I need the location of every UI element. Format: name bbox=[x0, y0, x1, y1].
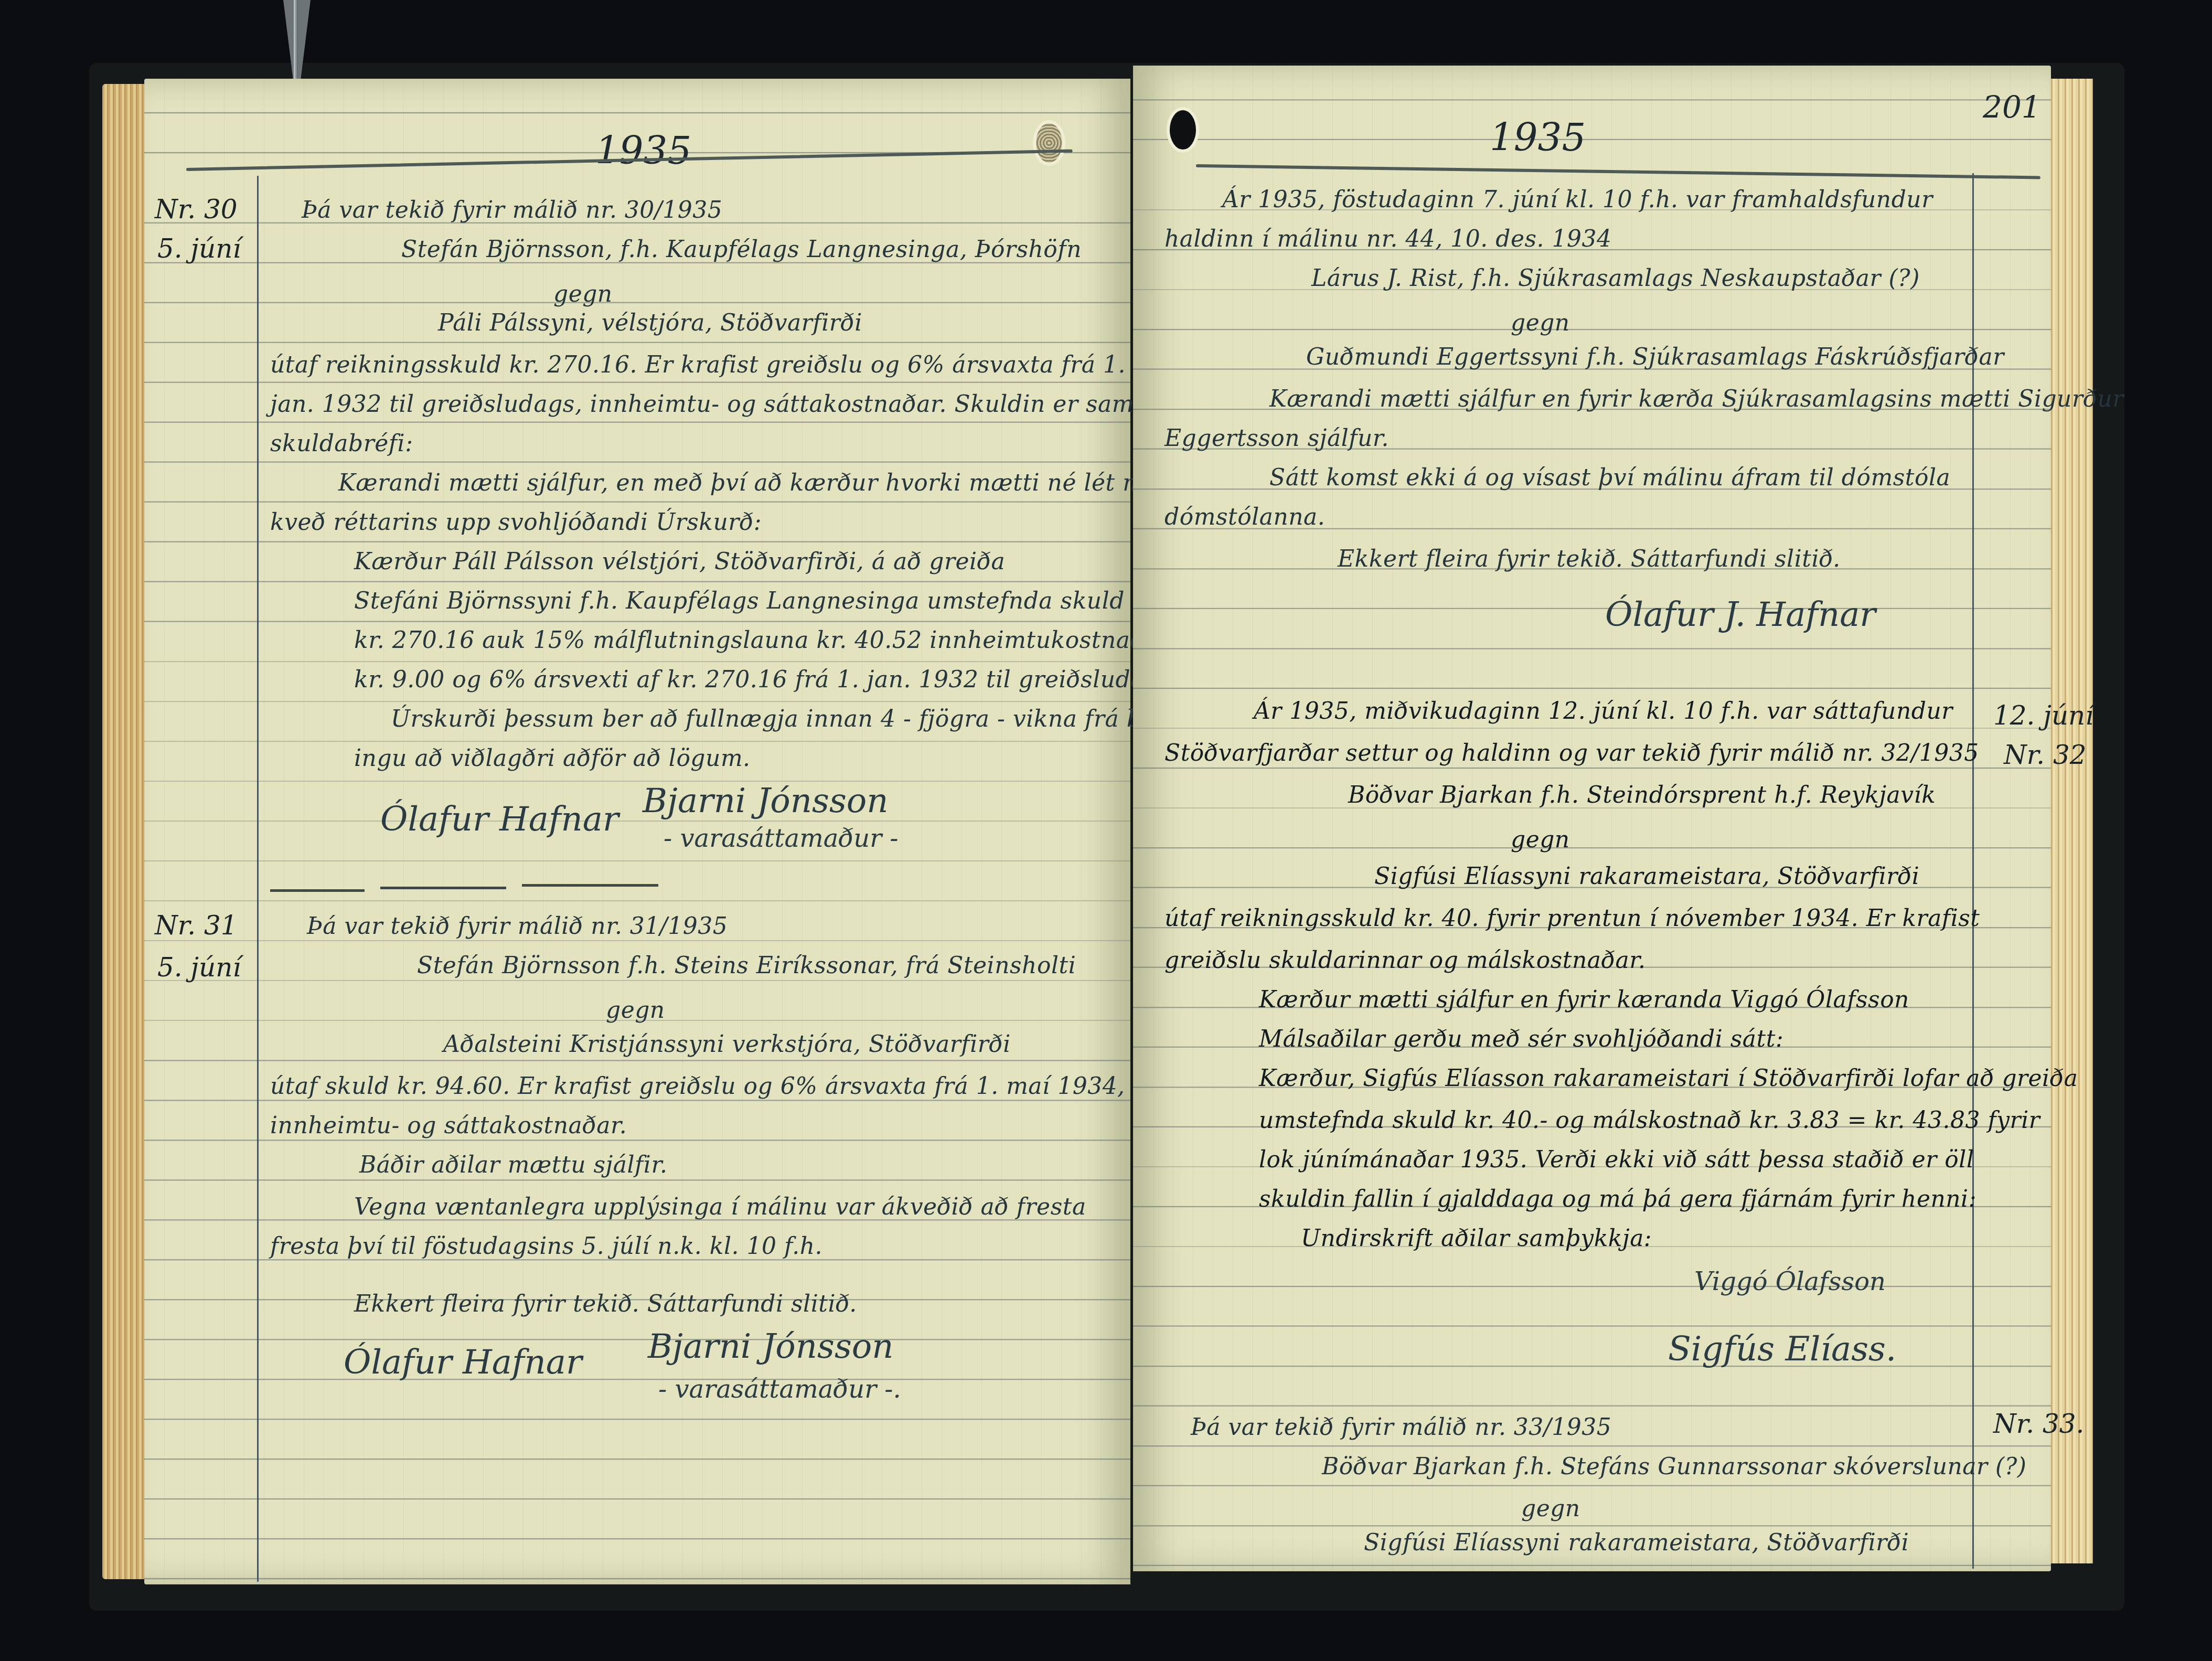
entry-line: Lárus J. Rist, f.h. Sjúkrasamlags Neskau… bbox=[1311, 265, 1920, 292]
entry-line: skuldabréfi: bbox=[270, 430, 413, 457]
entry-line: ingu að viðlagðri aðför að lögum. bbox=[354, 745, 751, 772]
entry-line: dómstólanna. bbox=[1164, 504, 1325, 530]
entry-line: Eggertsson sjálfur. bbox=[1164, 425, 1389, 452]
entry-line: Kærður, Sigfús Elíasson rakarameistari í… bbox=[1259, 1065, 2078, 1092]
entry-line: útaf reikningsskuld kr. 40. fyrir prentu… bbox=[1164, 905, 1980, 932]
case-number: Nr. 30 bbox=[155, 194, 238, 225]
entry-line: Þá var tekið fyrir málið nr. 33/1935 bbox=[1191, 1414, 1611, 1441]
year-header: 1935 bbox=[1490, 115, 1586, 159]
entry-line: gegn bbox=[553, 281, 613, 307]
entry-line: gegn bbox=[1511, 826, 1570, 853]
margin-column-line bbox=[1972, 173, 1974, 1569]
entry-line: Kærður Páll Pálsson vélstjóri, Stöðvarfi… bbox=[354, 548, 1005, 575]
entry-line: Kærandi mætti sjálfur, en með því að kær… bbox=[338, 470, 1190, 496]
signature-deputy-title: - varasáttamaður -. bbox=[658, 1375, 901, 1404]
margin-column-line bbox=[257, 176, 259, 1582]
entry-line: Ár 1935, föstudaginn 7. júní kl. 10 f.h.… bbox=[1222, 186, 1933, 213]
signature-deputy: Bjarni Jónsson bbox=[648, 1327, 894, 1366]
entry-line: Stefán Björnsson, f.h. Kaupfélags Langne… bbox=[401, 236, 1082, 263]
signature-representative: Viggó Ólafsson bbox=[1694, 1267, 1886, 1296]
entry-line: Böðvar Bjarkan f.h. Stefáns Gunnarssonar… bbox=[1322, 1453, 2027, 1480]
entry-separator bbox=[522, 884, 658, 887]
entry-line: Undirskrift aðilar samþykkja: bbox=[1301, 1225, 1652, 1252]
entry-line: innheimtu- og sáttakostnaðar. bbox=[270, 1112, 627, 1139]
signature-deputy-title: - varasáttamaður - bbox=[664, 824, 899, 853]
signature-defendant: Sigfús Elíass. bbox=[1668, 1330, 1896, 1369]
entry-line: Sátt komst ekki á og vísast því málinu á… bbox=[1269, 464, 1950, 491]
case-date: 5. júní bbox=[157, 952, 241, 983]
entry-line: gegn bbox=[606, 997, 665, 1024]
entry-line: Ár 1935, miðvikudaginn 12. júní kl. 10 f… bbox=[1254, 698, 1953, 725]
right-page: 1935 201 Ár 1935, föstudaginn 7. júní kl… bbox=[1133, 66, 2051, 1571]
entry-line: umstefnda skuld kr. 40.- og málskostnað … bbox=[1259, 1107, 2040, 1134]
entry-line: Páli Pálssyni, vélstjóra, Stöðvarfirði bbox=[438, 310, 862, 336]
entry-line: kveð réttarins upp svohljóðandi Úrskurð: bbox=[270, 509, 762, 536]
year-header: 1935 bbox=[595, 129, 691, 173]
entry-line: Sigfúsi Elíassyni rakarameistara, Stöðva… bbox=[1374, 863, 1919, 890]
ruled-lines bbox=[144, 79, 1130, 1584]
entry-line: Böðvar Bjarkan f.h. Steindórsprent h.f. … bbox=[1348, 782, 1936, 808]
entry-line: jan. 1932 til greiðsludags, innheimtu- o… bbox=[270, 391, 1167, 418]
entry-line: greiðslu skuldarinnar og málskostnaðar. bbox=[1164, 947, 1646, 974]
entry-separator bbox=[380, 887, 506, 889]
right-page-edges bbox=[2048, 79, 2093, 1563]
closing-line: Ekkert fleira fyrir tekið. Sáttarfundi s… bbox=[1338, 546, 1841, 572]
entry-line: Úrskurði þessum ber að fullnægja innan 4… bbox=[391, 706, 1178, 732]
case-date: 12. júní bbox=[1993, 700, 2093, 731]
entry-line: gegn bbox=[1521, 1495, 1580, 1522]
page-number: 201 bbox=[1983, 89, 2041, 125]
entry-line: Vegna væntanlegra upplýsinga í málinu va… bbox=[354, 1194, 1086, 1220]
entry-line: Málsaðilar gerðu með sér svohljóðandi sá… bbox=[1259, 1026, 1783, 1052]
entry-line: Kærður mætti sjálfur en fyrir kæranda Vi… bbox=[1259, 986, 1909, 1013]
entry-line: Stöðvarfjarðar settur og haldinn og var … bbox=[1164, 740, 1979, 766]
signature-deputy: Bjarni Jónsson bbox=[643, 782, 889, 821]
case-date: 5. júní bbox=[157, 233, 241, 264]
case-number: Nr. 32 bbox=[2004, 740, 2087, 770]
entry-line: kr. 9.00 og 6% ársvexti af kr. 270.16 fr… bbox=[354, 666, 1179, 693]
case-number: Nr. 33. bbox=[1993, 1409, 2084, 1439]
entry-line: gegn bbox=[1511, 310, 1570, 336]
punch-hole bbox=[1170, 110, 1196, 150]
signature-judge: Ólafur Hafnar bbox=[344, 1343, 582, 1382]
closing-line: Ekkert fleira fyrir tekið. Sáttarfundi s… bbox=[354, 1291, 857, 1317]
entry-line: Þá var tekið fyrir málið nr. 30/1935 bbox=[302, 197, 722, 223]
entry-line: kr. 270.16 auk 15% málflutningslauna kr.… bbox=[354, 627, 1145, 654]
entry-line: Þá var tekið fyrir málið nr. 31/1935 bbox=[307, 913, 728, 940]
entry-line: Kærandi mætti sjálfur en fyrir kærða Sjú… bbox=[1269, 386, 2124, 412]
entry-line: Sigfúsi Elíassyni rakarameistara, Stöðva… bbox=[1364, 1529, 1909, 1556]
entry-line: útaf skuld kr. 94.60. Er krafist greiðsl… bbox=[270, 1073, 1125, 1100]
signature-judge: Ólafur Hafnar bbox=[380, 800, 619, 839]
entry-line: fresta því til föstudagsins 5. júlí n.k.… bbox=[270, 1233, 822, 1260]
entry-line: skuldin fallin í gjalddaga og má þá gera… bbox=[1259, 1186, 1976, 1212]
entry-line: Guðmundi Eggertssyni f.h. Sjúkrasamlags … bbox=[1306, 344, 2004, 370]
entry-line: lok júnímánaðar 1935. Verði ekki við sát… bbox=[1259, 1146, 1974, 1173]
signature-judge: Ólafur J. Hafnar bbox=[1605, 595, 1876, 634]
entry-line: Aðalsteini Kristjánssyni verkstjóra, Stö… bbox=[443, 1031, 1011, 1058]
entry-line: Stefáni Björnssyni f.h. Kaupfélags Langn… bbox=[354, 588, 1125, 614]
punch-hole bbox=[1036, 123, 1062, 163]
entry-line: útaf reikningsskuld kr. 270.16. Er krafi… bbox=[270, 352, 1126, 378]
left-page: 1935 Nr. 30 5. júní Þá var tekið fyrir m… bbox=[144, 79, 1130, 1584]
entry-separator bbox=[270, 889, 365, 892]
case-number: Nr. 31 bbox=[155, 910, 238, 941]
entry-line: Stefán Björnsson f.h. Steins Eiríkssonar… bbox=[417, 952, 1076, 979]
entry-line: haldinn í málinu nr. 44, 10. des. 1934 bbox=[1164, 226, 1612, 252]
entry-line: Báðir aðilar mættu sjálfir. bbox=[359, 1152, 668, 1178]
